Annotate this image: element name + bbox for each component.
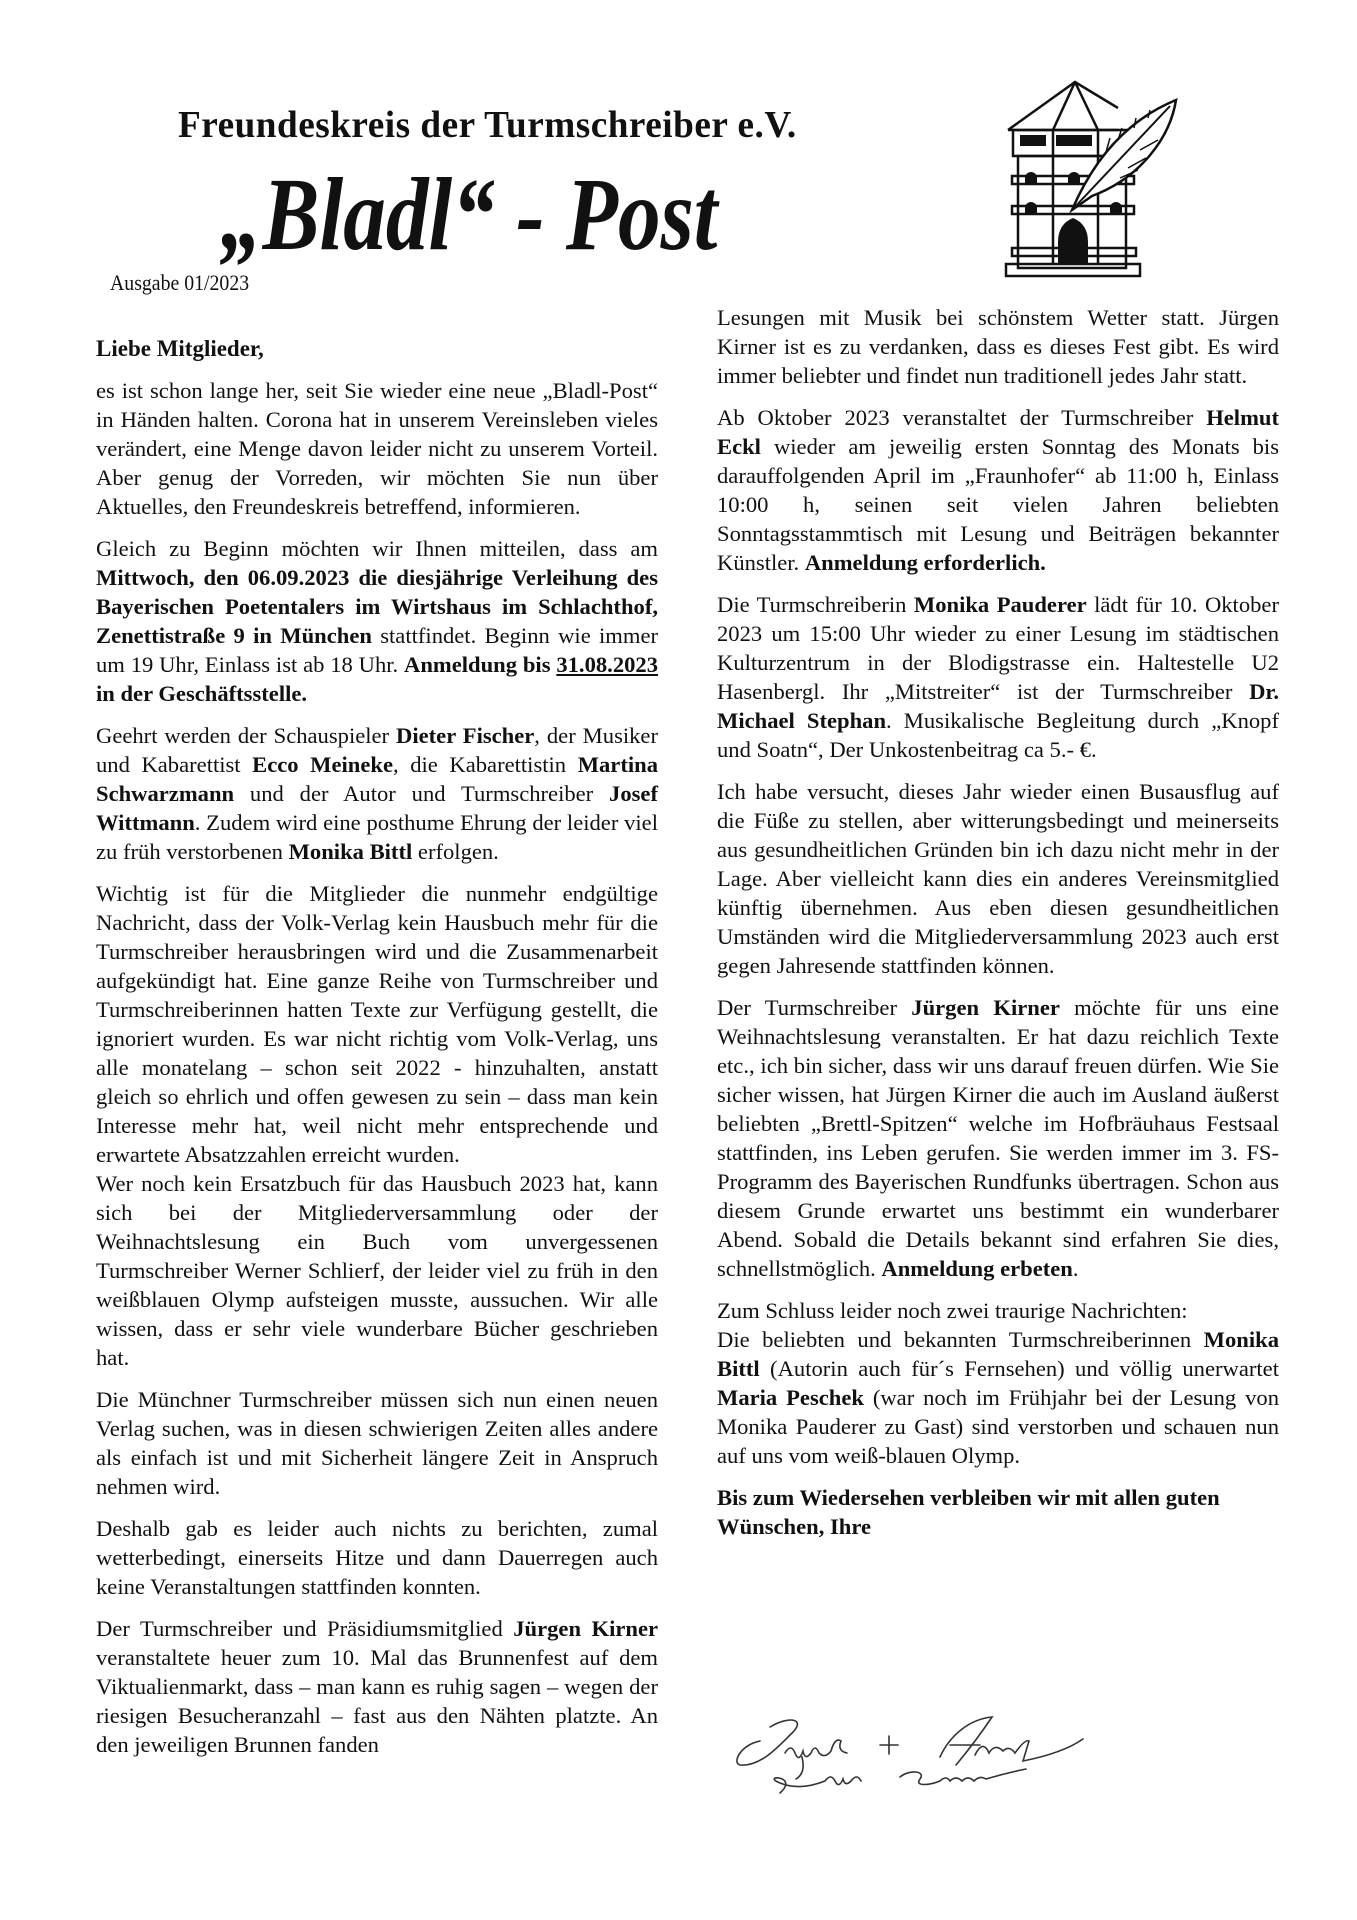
text: Die beliebten und bekannten Turmschreibe… xyxy=(717,1327,1204,1352)
paragraph-sad-news-intro: Zum Schluss leider noch zwei traurige Na… xyxy=(717,1296,1279,1325)
text: Ab Oktober 2023 veranstaltet der Turmsch… xyxy=(717,405,1206,430)
person-name: Monika Pauderer xyxy=(914,592,1087,617)
organization-title: Freundeskreis der Turmschreiber e.V. xyxy=(178,103,797,147)
text: Gleich zu Beginn möchten wir Ihnen mitte… xyxy=(96,536,658,561)
paragraph-honorees: Geehrt werden der Schauspieler Dieter Fi… xyxy=(96,721,658,866)
person-name: Jürgen Kirner xyxy=(911,995,1060,1020)
text: Die Turmschreiberin xyxy=(717,592,914,617)
greeting: Liebe Mitglieder, xyxy=(96,334,658,363)
registration-note: Anmeldung erforderlich. xyxy=(805,550,1046,575)
paragraph-no-events: Deshalb gab es leider auch nichts zu ber… xyxy=(96,1514,658,1601)
text: Geehrt werden der Schauspieler xyxy=(96,723,396,748)
newsletter-title: „Bladl“ - Post xyxy=(220,160,717,270)
paragraph-bus-trip: Ich habe versucht, dieses Jahr wieder ei… xyxy=(717,777,1279,980)
paragraph-new-publisher: Die Münchner Turmschreiber müssen sich n… xyxy=(96,1385,658,1501)
paragraph-intro: es ist schon lange her, seit Sie wieder … xyxy=(96,376,658,521)
person-name: Jürgen Kirner xyxy=(513,1616,658,1641)
paragraph-brunnenfest: Der Turmschreiber und Präsidiumsmitglied… xyxy=(96,1614,658,1759)
registration-deadline: 31.08.2023 xyxy=(556,652,658,677)
left-column: Liebe Mitglieder, es ist schon lange her… xyxy=(96,334,658,1772)
paragraph-publisher-news: Wichtig ist für die Mitglieder die nunme… xyxy=(96,879,658,1169)
text: (Autorin auch für´s Fernsehen) und völli… xyxy=(760,1356,1279,1381)
issue-number: Ausgabe 01/2023 xyxy=(110,270,249,296)
honoree-name: Ecco Meineke xyxy=(252,752,393,777)
closing-line: Bis zum Wiedersehen verbleiben wir mit a… xyxy=(717,1483,1279,1541)
text: möchte für uns eine Weihnachtslesung ver… xyxy=(717,995,1279,1281)
paragraph-brunnenfest-continued: Lesungen mit Musik bei schönstem Wetter … xyxy=(717,303,1279,390)
paragraph-sad-news: Die beliebten und bekannten Turmschreibe… xyxy=(717,1325,1279,1470)
honoree-name: Monika Bittl xyxy=(289,839,413,864)
honoree-name: Dieter Fischer xyxy=(396,723,534,748)
text: veranstaltete heuer zum 10. Mal das Brun… xyxy=(96,1645,658,1757)
paragraph-award-announcement: Gleich zu Beginn möchten wir Ihnen mitte… xyxy=(96,534,658,708)
paragraph-christmas-reading: Der Turmschreiber Jürgen Kirner möchte f… xyxy=(717,993,1279,1283)
registration-location: in der Geschäftsstelle. xyxy=(96,681,307,706)
tower-with-quill-icon xyxy=(1000,78,1200,278)
handwritten-signature xyxy=(730,1705,1090,1800)
text: , die Kabarettistin xyxy=(393,752,578,777)
text: und der Autor und Turmschreiber xyxy=(234,781,609,806)
person-name: Maria Peschek xyxy=(717,1385,864,1410)
text: . xyxy=(1073,1256,1079,1281)
paragraph-reading-event: Die Turmschreiberin Monika Pauderer lädt… xyxy=(717,590,1279,764)
registration-note: Anmeldung erbeten xyxy=(881,1256,1072,1281)
text: erfolgen. xyxy=(412,839,499,864)
right-column: Lesungen mit Musik bei schönstem Wetter … xyxy=(717,303,1279,1554)
text: Der Turmschreiber xyxy=(717,995,911,1020)
paragraph-replacement-book: Wer noch kein Ersatzbuch für das Hausbuc… xyxy=(96,1169,658,1372)
paragraph-sonntagsstammtisch: Ab Oktober 2023 veranstaltet der Turmsch… xyxy=(717,403,1279,577)
registration-label: Anmeldung bis xyxy=(404,652,556,677)
text: Der Turmschreiber und Präsidiumsmitglied xyxy=(96,1616,513,1641)
